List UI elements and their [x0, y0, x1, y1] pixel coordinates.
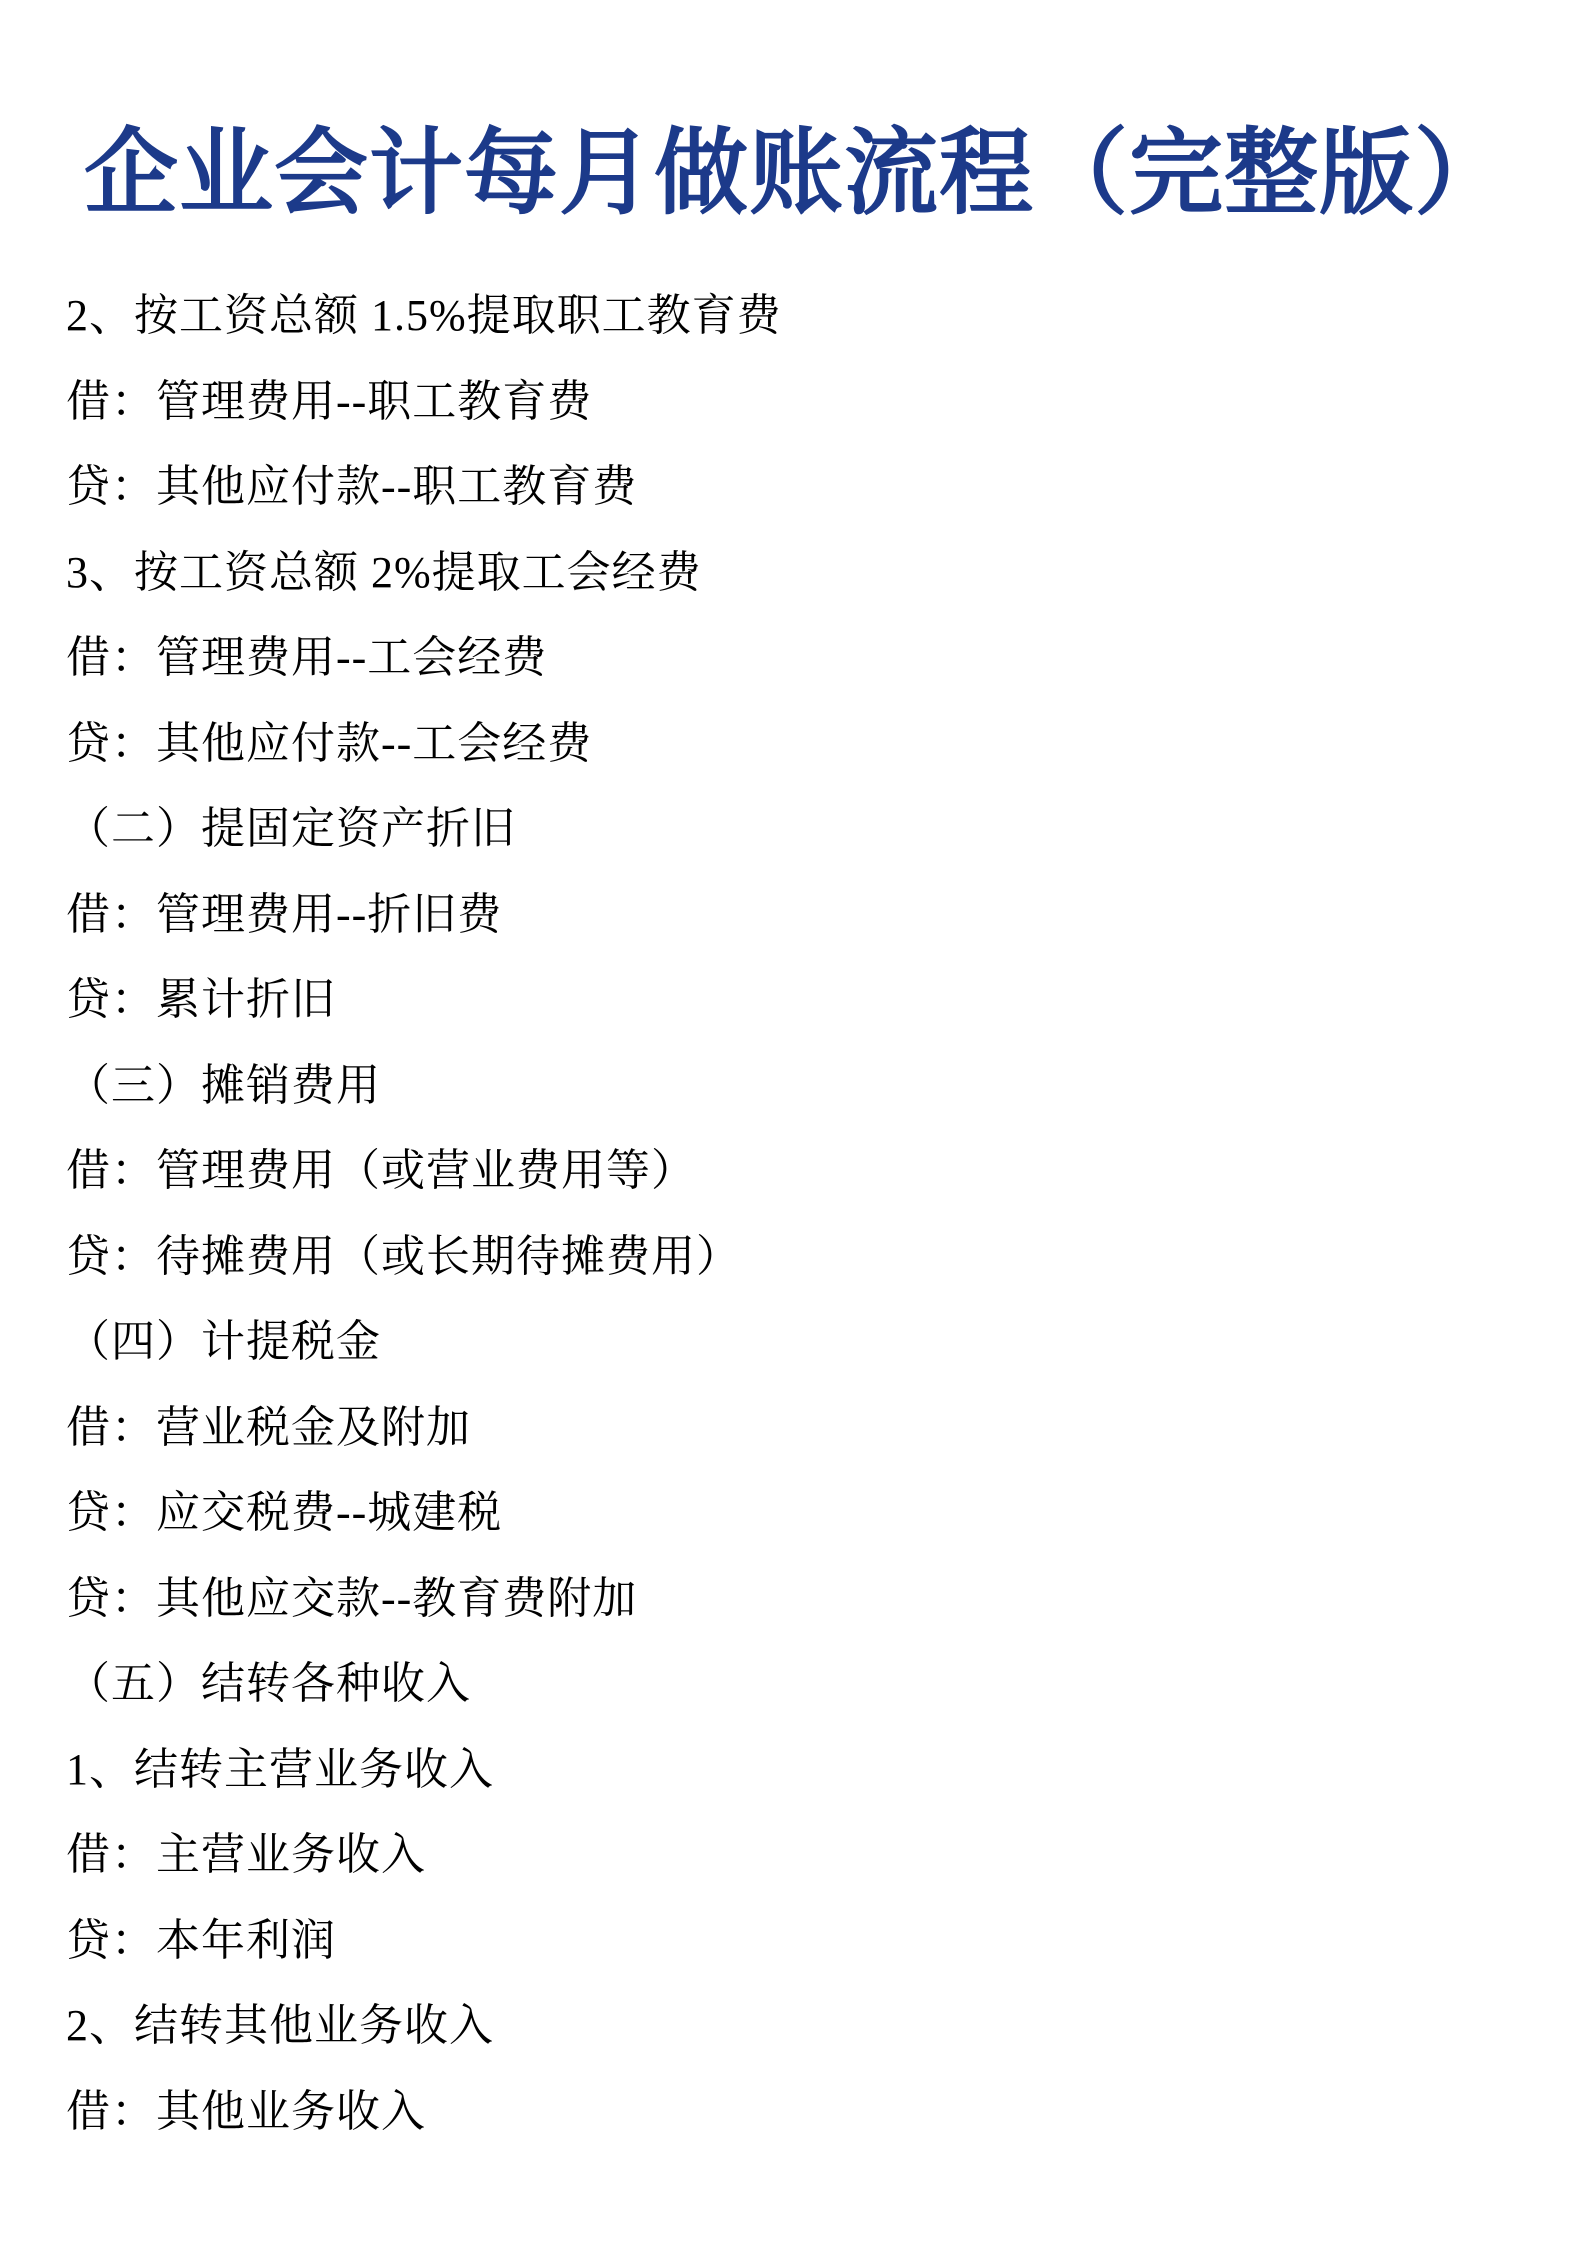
text-line: 贷：其他应付款--职工教育费 [66, 444, 1537, 530]
text-line: （五）结转各种收入 [66, 1641, 1537, 1727]
text-line: 借：营业税金及附加 [66, 1385, 1537, 1471]
text-line: 3、按工资总额 2%提取工会经费 [66, 530, 1537, 616]
text-line: （二）提固定资产折旧 [66, 786, 1537, 872]
text-line: 贷：其他应付款--工会经费 [66, 701, 1537, 787]
text-line: （三）摊销费用 [66, 1043, 1537, 1129]
text-line: 借：管理费用--工会经费 [66, 615, 1537, 701]
page-title: 企业会计每月做账流程（完整版） [84, 118, 1537, 227]
text-line: 贷：其他应交款--教育费附加 [66, 1556, 1537, 1642]
text-line: （四）计提税金 [66, 1299, 1537, 1385]
text-line: 贷：本年利润 [66, 1898, 1537, 1984]
text-line: 2、按工资总额 1.5%提取职工教育费 [66, 273, 1537, 359]
text-line: 借：主营业务收入 [66, 1812, 1537, 1898]
text-line: 借：管理费用（或营业费用等） [66, 1128, 1537, 1214]
document-page: 企业会计每月做账流程（完整版） 2、按工资总额 1.5%提取职工教育费 借：管理… [0, 0, 1587, 2245]
text-line: 贷：累计折旧 [66, 957, 1537, 1043]
text-line: 贷：待摊费用（或长期待摊费用） [66, 1214, 1537, 1300]
text-line: 借：管理费用--职工教育费 [66, 359, 1537, 445]
document-body: 2、按工资总额 1.5%提取职工教育费 借：管理费用--职工教育费 贷：其他应付… [66, 273, 1537, 2154]
text-line: 2、结转其他业务收入 [66, 1983, 1537, 2069]
text-line: 借：其他业务收入 [66, 2069, 1537, 2155]
text-line: 贷：应交税费--城建税 [66, 1470, 1537, 1556]
text-line: 1、结转主营业务收入 [66, 1727, 1537, 1813]
text-line: 借：管理费用--折旧费 [66, 872, 1537, 958]
